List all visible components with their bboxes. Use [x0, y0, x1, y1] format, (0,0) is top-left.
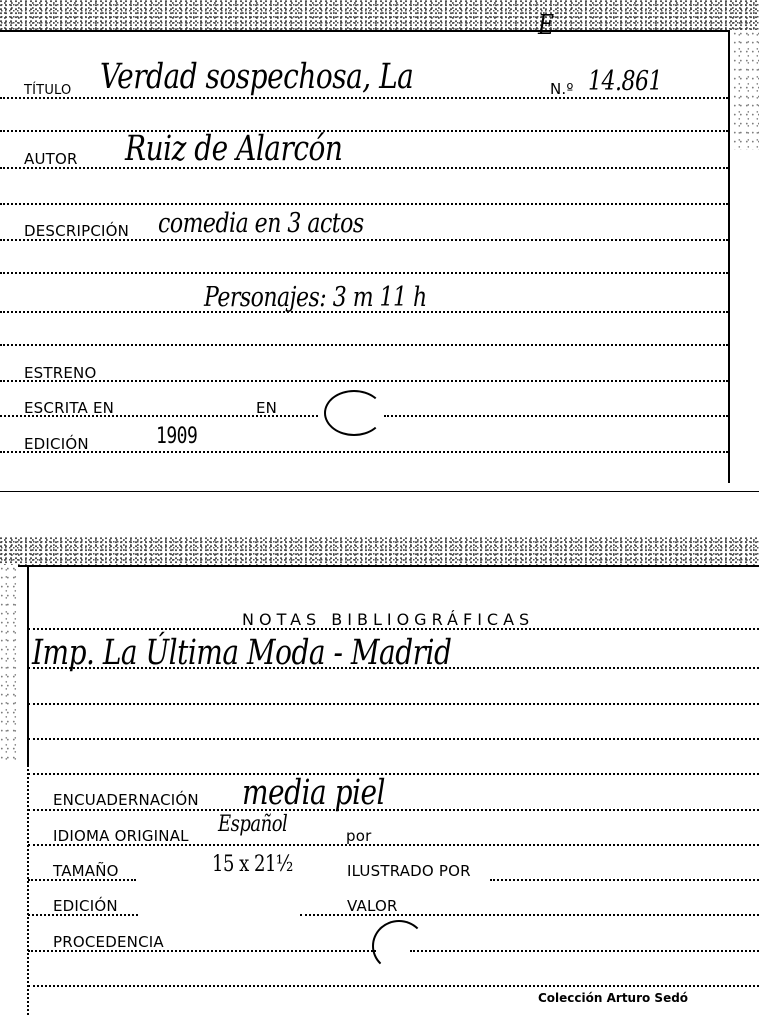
- edicion-label: EDICIÓN: [53, 899, 118, 914]
- titulo-value: Verdad sospechosa, La: [100, 59, 413, 94]
- rule: [0, 344, 728, 346]
- card-bottom-edge: [0, 491, 759, 492]
- valor-label: VALOR: [347, 899, 398, 914]
- descripcion-value: comedia en 3 actos: [158, 211, 364, 239]
- titulo-label: TÍTULO: [24, 84, 71, 97]
- scan-noise-top: [0, 0, 759, 30]
- rule: [28, 628, 759, 630]
- rule: [300, 914, 759, 916]
- rule: [0, 167, 728, 169]
- notes-heading: NOTAS BIBLIOGRÁFICAS: [242, 610, 534, 629]
- card-left-edge: [27, 565, 29, 765]
- edicion-label: EDICIÓN: [24, 437, 89, 452]
- numero-label: N.º: [550, 82, 574, 97]
- rule: [28, 950, 376, 952]
- catalog-mark: E: [538, 13, 554, 41]
- card-right-edge: [728, 30, 730, 483]
- rule: [28, 667, 759, 669]
- rule: [28, 738, 759, 740]
- rule: [0, 203, 728, 205]
- rule: [28, 844, 759, 846]
- rule: [28, 703, 759, 705]
- ilustrado-por-label: ILUSTRADO POR: [347, 864, 471, 879]
- encuadernacion-label: ENCUADERNACIÓN: [53, 793, 199, 808]
- card-top-edge: [18, 565, 759, 567]
- rule: [384, 415, 728, 417]
- rule: [490, 879, 759, 881]
- scan-noise-right: [733, 30, 759, 150]
- rule: [0, 415, 318, 417]
- descripcion-extra: Personajes: 3 m 11 h: [204, 285, 427, 313]
- por-label: por: [346, 829, 371, 844]
- rule: [28, 914, 138, 916]
- collection-footer: Colección Arturo Sedó: [538, 991, 688, 1005]
- scan-noise-top: [0, 537, 759, 565]
- rule: [28, 985, 759, 987]
- tamano-value: 15 x 21½: [212, 854, 293, 877]
- escrita-en-label: ESCRITA EN: [24, 401, 114, 416]
- rule: [0, 451, 728, 453]
- ink-stamp-mark: [324, 390, 384, 436]
- estreno-label: ESTRENO: [24, 366, 97, 381]
- rule: [0, 130, 728, 132]
- edicion-value: 1909: [156, 426, 197, 449]
- ink-stamp-mark: [372, 920, 426, 972]
- encuadernacion-value: media piel: [242, 775, 385, 810]
- numero-value: 14.861: [588, 69, 662, 97]
- scan-noise-left: [0, 565, 18, 765]
- rule: [410, 950, 759, 952]
- card-left-edge: [27, 765, 29, 1015]
- rule: [28, 809, 759, 811]
- rule: [0, 272, 728, 274]
- rule: [28, 879, 136, 881]
- rule: [0, 311, 728, 313]
- idioma-original-label: IDIOMA ORIGINAL: [53, 829, 189, 844]
- en-label: EN: [256, 401, 277, 416]
- idioma-original-value: Español: [218, 814, 287, 837]
- procedencia-label: PROCEDENCIA: [53, 935, 164, 950]
- autor-value: Ruiz de Alarcón: [125, 131, 342, 166]
- descripcion-label: DESCRIPCIÓN: [24, 224, 129, 239]
- tamano-label: TAMAÑO: [53, 864, 119, 879]
- notes-value: Imp. La Última Moda - Madrid: [32, 635, 451, 670]
- rule: [0, 239, 728, 241]
- rule: [0, 380, 728, 382]
- card-top-edge: [0, 30, 728, 32]
- autor-label: AUTOR: [24, 152, 78, 167]
- rule: [0, 97, 728, 99]
- rule: [28, 773, 759, 775]
